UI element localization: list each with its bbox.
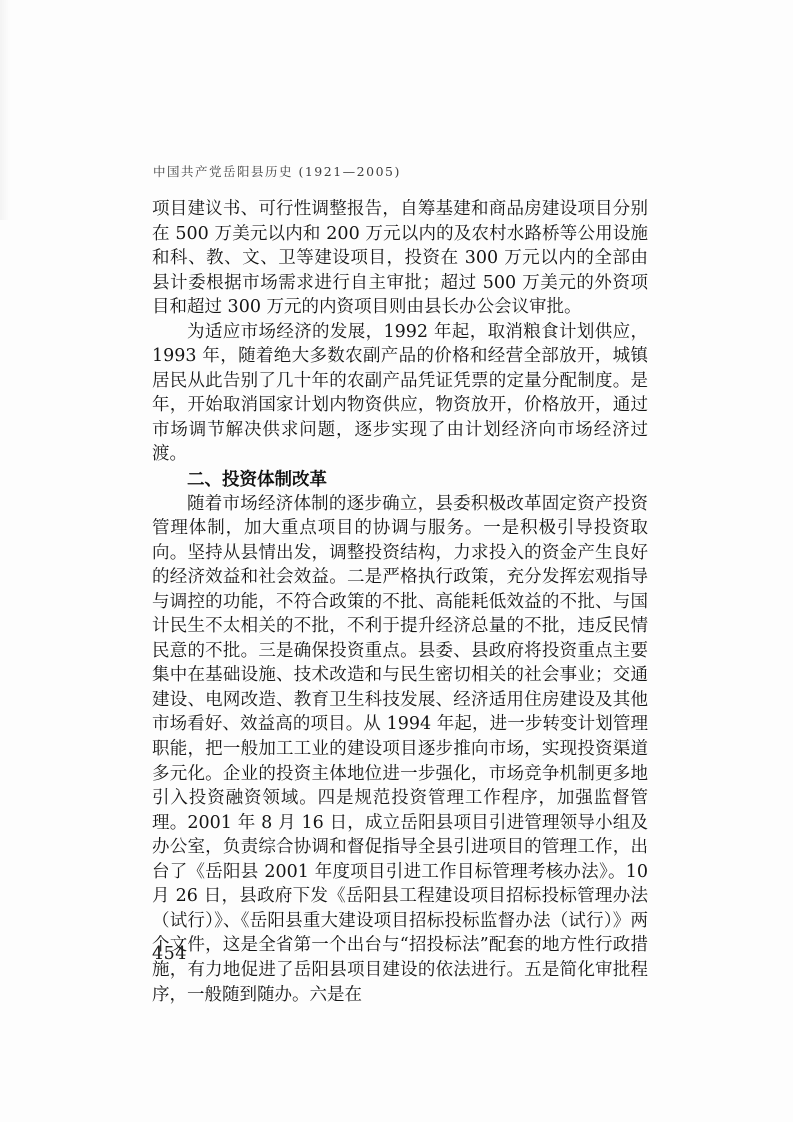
book-page: 中国共产党岳阳县历史 (1921—2005) 项目建议书、可行性调整报告，自筹基… bbox=[0, 0, 793, 1122]
scan-edge-artifact bbox=[0, 0, 10, 220]
paragraph-continuation: 项目建议书、可行性调整报告，自筹基建和商品房建设项目分别在 500 万美元以内和… bbox=[152, 197, 648, 320]
section-heading: 二、投资体制改革 bbox=[152, 467, 648, 492]
running-header: 中国共产党岳阳县历史 (1921—2005) bbox=[153, 162, 401, 180]
paragraph: 为适应市场经济的发展，1992 年起，取消粮食计划供应，1993 年，随着绝大多… bbox=[152, 320, 648, 467]
text-block: 项目建议书、可行性调整报告，自筹基建和商品房建设项目分别在 500 万美元以内和… bbox=[152, 197, 648, 1007]
page-number: 454 bbox=[152, 944, 187, 964]
paragraph: 随着市场经济体制的逐步确立，县委积极改革固定资产投资管理体制，加大重点项目的协调… bbox=[152, 492, 648, 1007]
